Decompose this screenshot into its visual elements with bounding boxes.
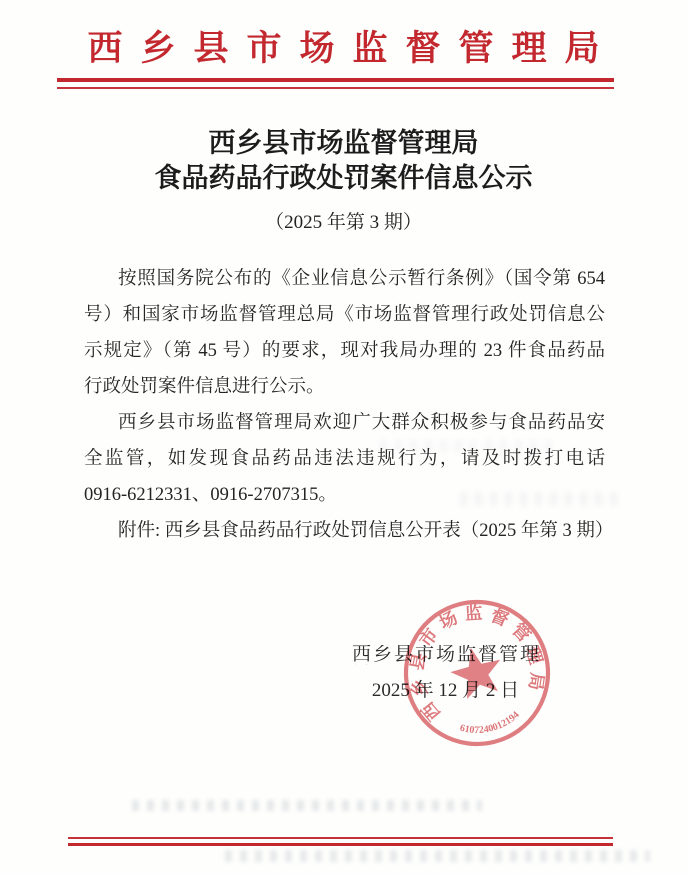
- attachment-line: 附件: 西乡县食品药品行政处罚信息公开表（2025 年第 3 期）: [84, 513, 605, 549]
- bleed-through-ghost: [225, 850, 650, 862]
- issue-number: （2025 年第 3 期）: [0, 209, 687, 237]
- footer-rule-thin: [68, 837, 613, 839]
- para1-line1: 按照国务院公布的《企业信息公示暂行条例》（国令第 654: [84, 261, 605, 297]
- body-text: 按照国务院公布的《企业信息公示暂行条例》（国令第 654 号）和国家市场监督管理…: [84, 261, 605, 549]
- agency-masthead: 西乡县市场监督管理局: [0, 30, 687, 68]
- document-page: 西乡县市场监督管理局 西乡县市场监督管理局 食品药品行政处罚案件信息公示 （20…: [0, 0, 687, 874]
- para1-line2: 号）和国家市场监督管理总局《市场监督管理行政处罚信息公: [84, 297, 605, 333]
- signature-block: 西乡县市场监督管理局 2025 年 12 月 2 日: [352, 645, 539, 701]
- para2-line2: 全监管，如发现食品药品违法违规行为，请及时拨打电话: [84, 441, 605, 477]
- seal-serial-holder: 6107240012194: [456, 708, 523, 742]
- bleed-through-ghost: [132, 800, 482, 811]
- letterhead-rule-thick: [57, 78, 614, 82]
- signature-date: 2025 年 12 月 2 日: [352, 681, 539, 701]
- doc-title-line1: 西乡县市场监督管理局: [0, 126, 687, 160]
- para1-line3: 示规定》（第 45 号）的要求，现对我局办理的 23 件食品药品: [84, 333, 605, 369]
- seal-serial: 6107240012194: [456, 708, 523, 742]
- signature-org: 西乡县市场监督管理局: [352, 645, 539, 665]
- para2-line3: 0916-6212331、0916-2707315。: [84, 477, 605, 513]
- footer-rule-thick: [68, 843, 613, 846]
- para2-line1: 西乡县市场监督管理局欢迎广大群众积极参与食品药品安: [84, 405, 605, 441]
- para1-line4: 行政处罚案件信息进行公示。: [84, 369, 605, 405]
- letterhead-rule-thin: [57, 87, 614, 89]
- doc-title-line2: 食品药品行政处罚案件信息公示: [0, 161, 687, 195]
